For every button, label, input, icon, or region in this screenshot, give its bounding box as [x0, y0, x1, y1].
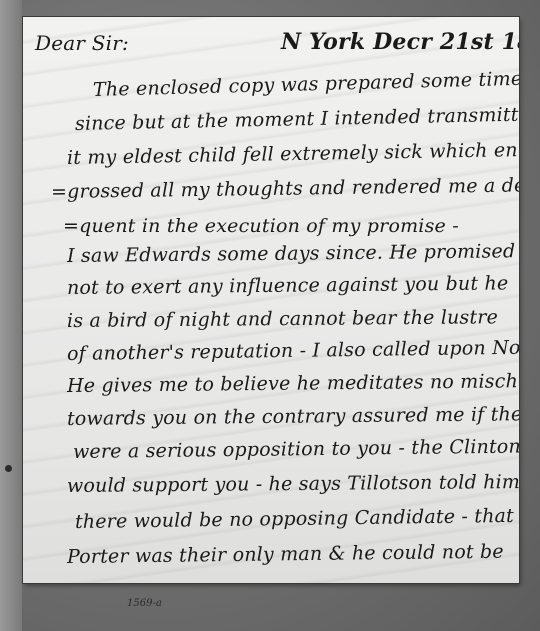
letter-page: Dear Sir: N York Decr 21st 1826 The encl… [23, 17, 519, 583]
scanner-background-edge [0, 0, 22, 631]
binding-hole [5, 465, 12, 472]
salutation: Dear Sir: [35, 31, 129, 55]
letter-line: I saw Edwards some days since. He promis… [67, 240, 516, 267]
letter-line: =quent in the execution of my promise - [63, 215, 459, 237]
letter-line: is a bird of night and cannot bear the l… [67, 306, 498, 332]
letter-line: He gives me to believe he meditates no m… [67, 370, 519, 397]
letter-line: not to exert any influence against you b… [67, 272, 509, 299]
ink-bleed-through [23, 17, 519, 583]
place-date: N York Decr 21st 1826 [281, 29, 519, 55]
letter-line: towards you on the contrary assured me i… [67, 403, 519, 430]
catalog-number: 1569-a [127, 598, 162, 609]
letter-line: would support you - he says Tillotson to… [67, 471, 519, 497]
